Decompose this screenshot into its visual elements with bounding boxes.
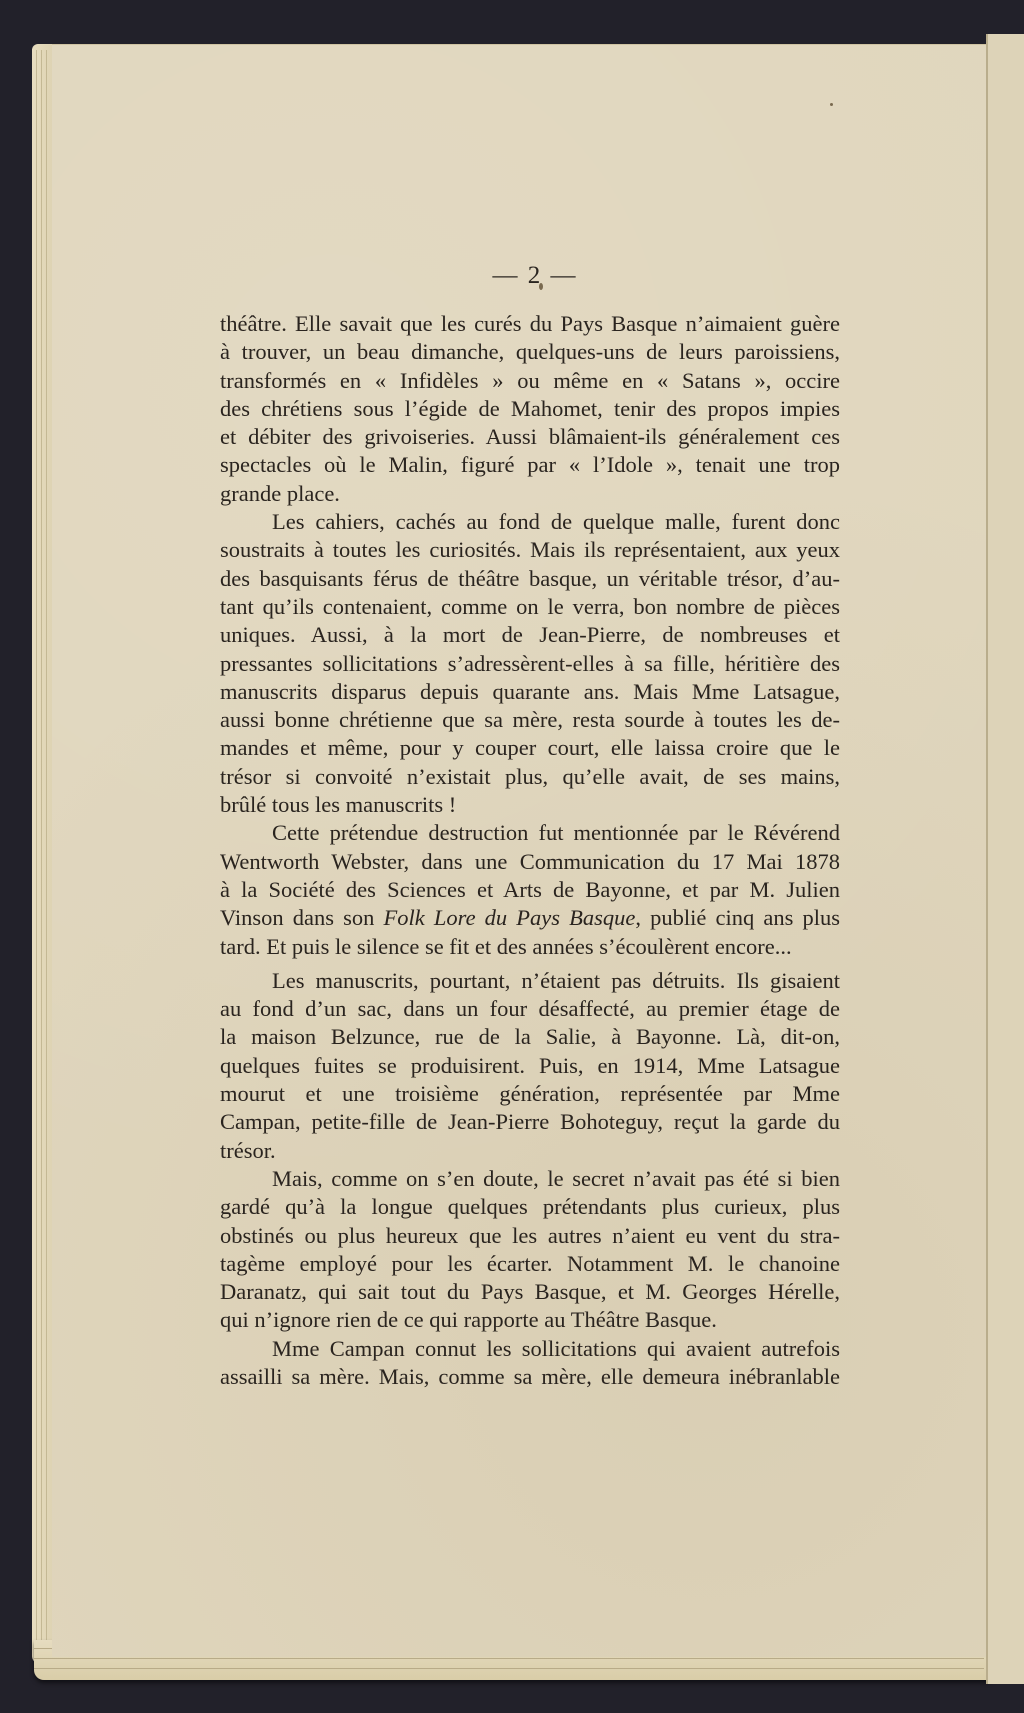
text-line: théâtre. Elle savait que les curés du Pa… xyxy=(220,310,840,338)
text-line: brûlé tous les manuscrits ! xyxy=(220,791,840,819)
text-line: manuscrits disparus depuis quarante ans.… xyxy=(220,678,840,706)
text-line: pressantes sollicitations s’adressèrent-… xyxy=(220,650,840,678)
text-line: transformés en « Infidèles » ou même en … xyxy=(220,367,840,395)
paragraph: Les manuscrits, pourtant, n’étaient pas … xyxy=(220,967,840,1165)
text-line: Campan, petite-fille de Jean-Pierre Boho… xyxy=(220,1108,840,1136)
page-edge-line xyxy=(41,50,42,1654)
text-line: Mais, comme on s’en doute, le secret n’a… xyxy=(220,1165,840,1193)
body-text: théâtre. Elle savait que les curés du Pa… xyxy=(220,310,840,1391)
paragraph: Mais, comme on s’en doute, le secret n’a… xyxy=(220,1165,840,1335)
text-line: au fond d’un sac, dans un four désaffect… xyxy=(220,995,840,1023)
text-line: tagème employé pour les écarter. Notamme… xyxy=(220,1250,840,1278)
text-line: assailli sa mère. Mais, comme sa mère, e… xyxy=(220,1363,840,1391)
page-edge-line xyxy=(34,1668,984,1669)
text-line: des chrétiens sous l’égide de Mahomet, t… xyxy=(220,395,840,423)
book-title: Folk Lore du Pays Basque xyxy=(384,905,636,930)
text-line: Les manuscrits, pourtant, n’étaient pas … xyxy=(220,967,840,995)
text-line: trésor si convoité n’existait plus, qu’e… xyxy=(220,763,840,791)
text-line: à trouver, un beau dimanche, quelques-un… xyxy=(220,338,840,366)
text-line: quelques fuites se produisirent. Puis, e… xyxy=(220,1052,840,1080)
ink-spot xyxy=(830,103,833,106)
text-line: gardé qu’à la longue quelques prétendant… xyxy=(220,1193,840,1221)
text-line: mandes et même, pour y couper court, ell… xyxy=(220,734,840,762)
text-line: Vinson dans son Folk Lore du Pays Basque… xyxy=(220,904,840,932)
paragraph: Les cahiers, cachés au fond de quelque m… xyxy=(220,508,840,819)
text-line: et débiter des grivoiseries. Aussi blâma… xyxy=(220,423,840,451)
text-line: trésor. xyxy=(220,1137,840,1165)
text-line: Daranatz, qui sait tout du Pays Basque, … xyxy=(220,1278,840,1306)
text-line: tard. Et puis le silence se fit et des a… xyxy=(220,933,840,961)
page-edge-line xyxy=(46,50,47,1654)
text-line: uniques. Aussi, à la mort de Jean-Pierre… xyxy=(220,621,840,649)
text-line: spectacles où le Malin, figuré par « l’I… xyxy=(220,451,840,479)
page-edge-line xyxy=(36,50,37,1654)
text-line: mourut et une troisième génération, repr… xyxy=(220,1080,840,1108)
text-line: aussi bonne chrétienne que sa mère, rest… xyxy=(220,706,840,734)
text-line: la maison Belzunce, rue de la Salie, à B… xyxy=(220,1023,840,1051)
text-line: Wentworth Webster, dans une Communicatio… xyxy=(220,848,840,876)
paragraph: Cette prétendue destruction fut mentionn… xyxy=(220,819,840,960)
text-line: obstinés ou plus heureux que les autres … xyxy=(220,1222,840,1250)
page-edge-line xyxy=(34,1658,984,1659)
text-line: à la Société des Sciences et Arts de Bay… xyxy=(220,876,840,904)
paragraph: théâtre. Elle savait que les curés du Pa… xyxy=(220,310,840,508)
text-line: soustraits à toutes les curiosités. Mais… xyxy=(220,536,840,564)
page-number: — 2 — xyxy=(0,262,1024,290)
text-line: Cette prétendue destruction fut mentionn… xyxy=(220,819,840,847)
text-line: Mme Campan connut les sollicitations qui… xyxy=(220,1335,840,1363)
text-line: tant qu’ils contenaient, comme on le ver… xyxy=(220,593,840,621)
text-line: des basquisants férus de théâtre basque,… xyxy=(220,565,840,593)
paragraph: Mme Campan connut les sollicitations qui… xyxy=(220,1335,840,1392)
text-line: qui n’ignore rien de ce qui rapporte au … xyxy=(220,1306,840,1334)
text-line: Les cahiers, cachés au fond de quelque m… xyxy=(220,508,840,536)
text-line: grande place. xyxy=(220,480,840,508)
